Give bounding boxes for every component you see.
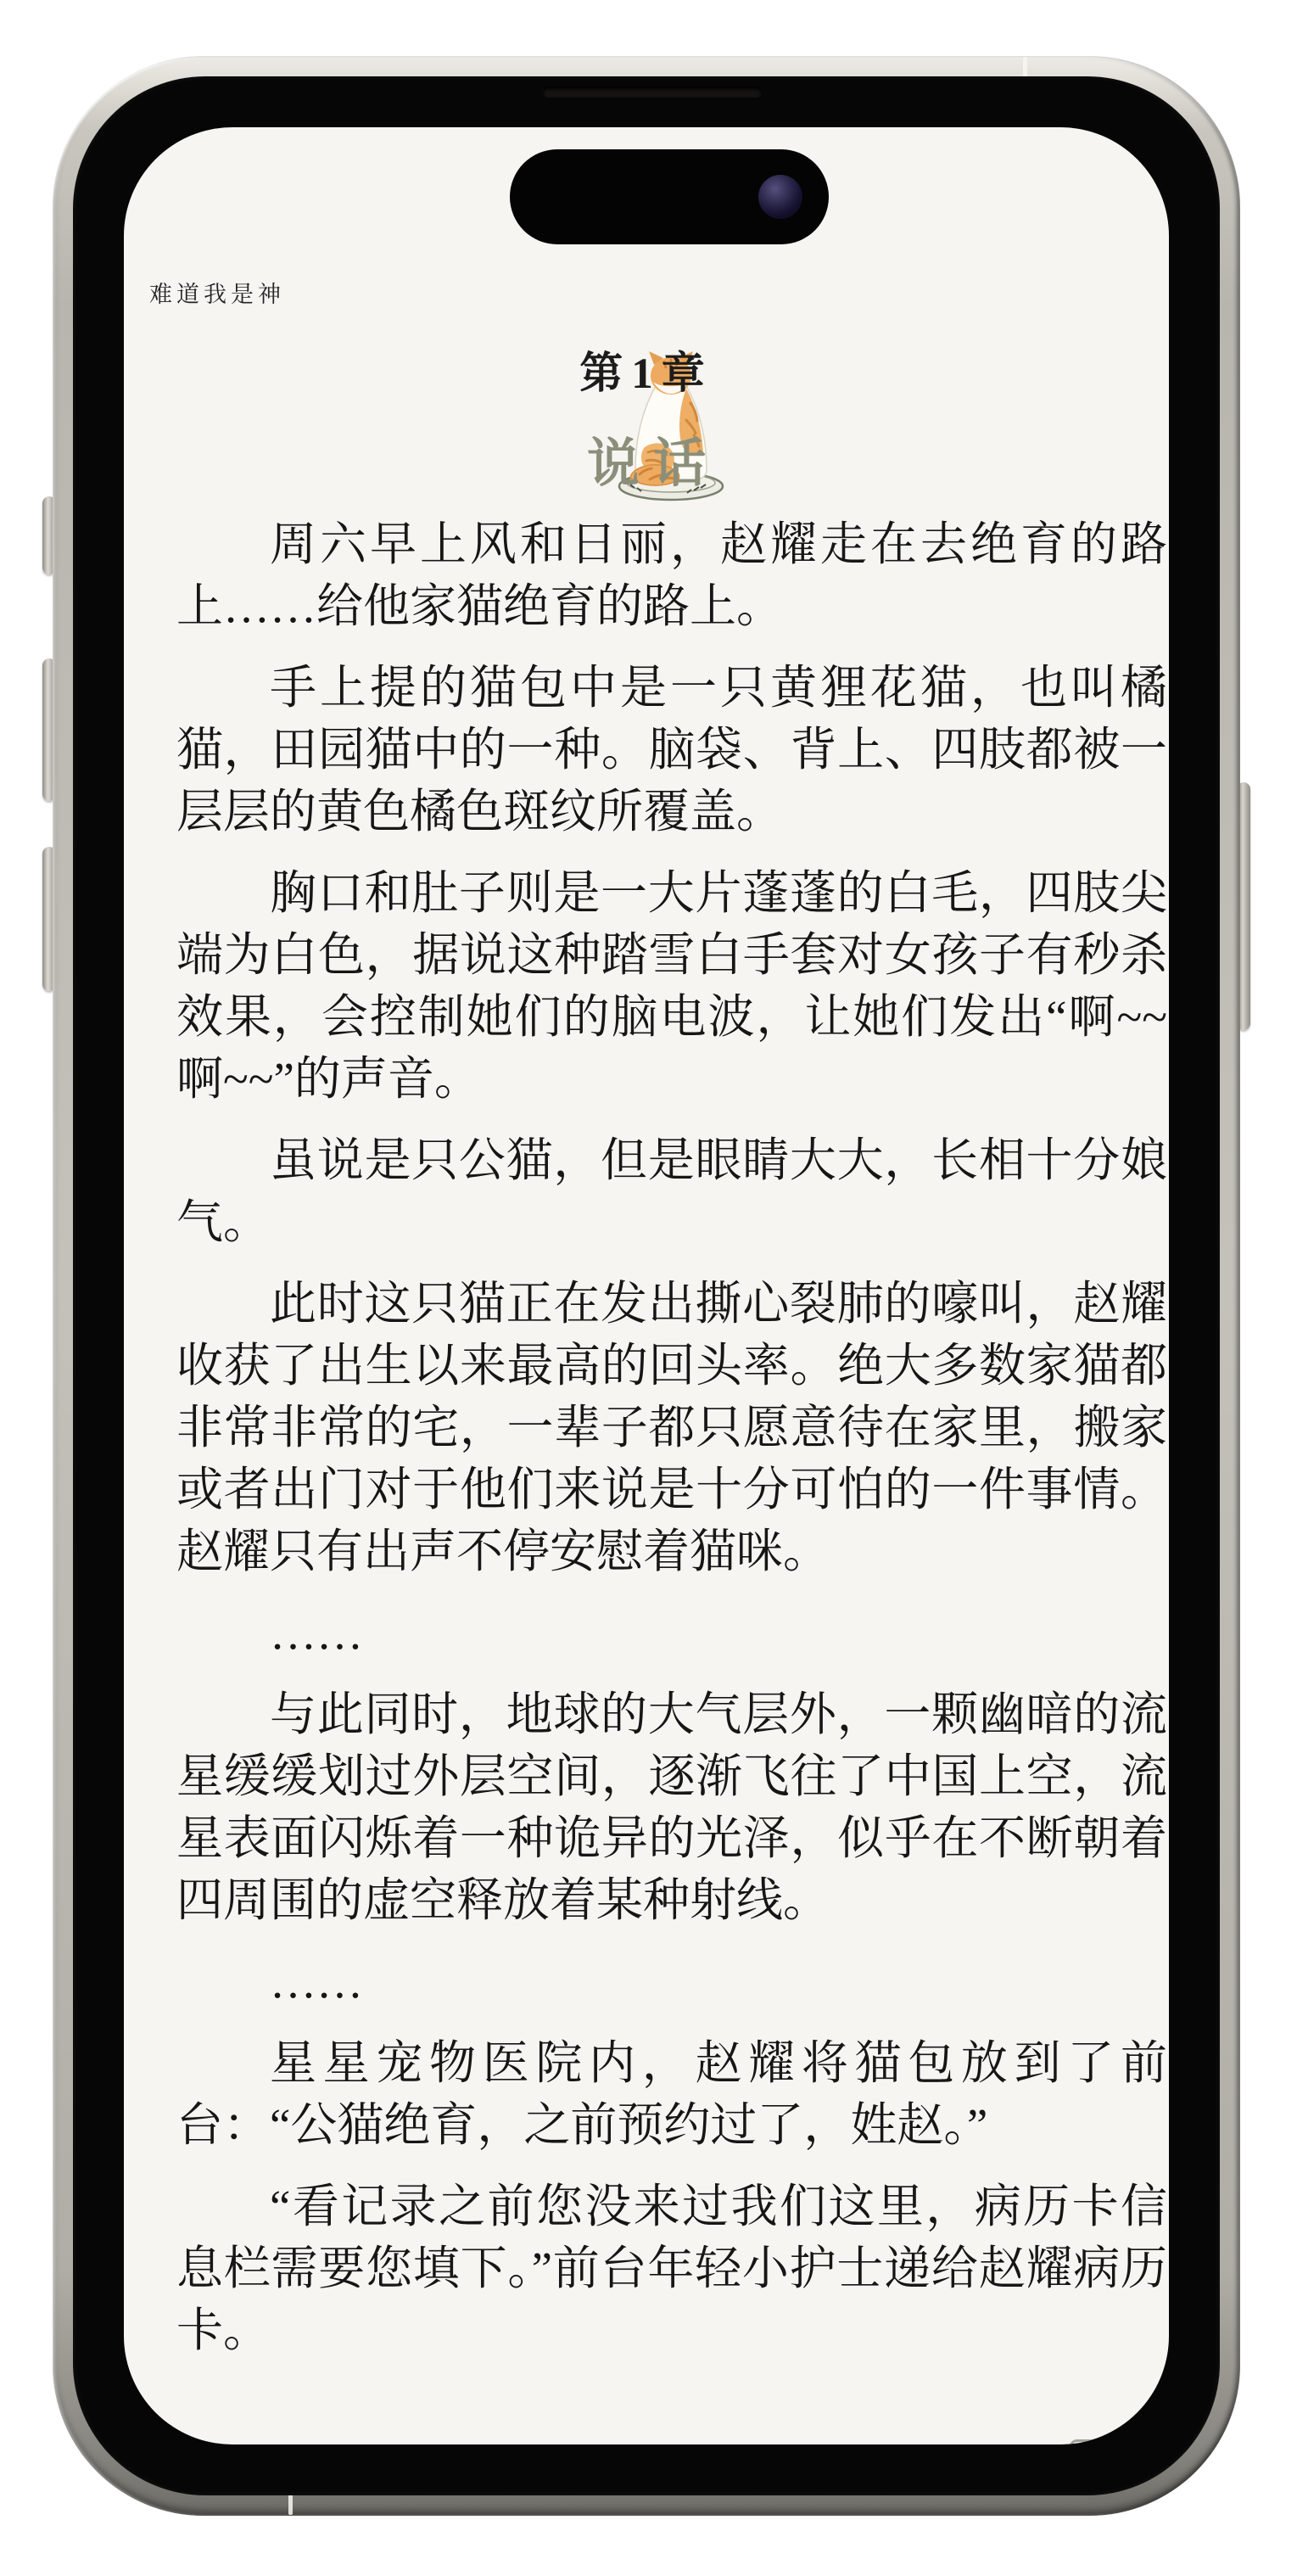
battery-percent: 55 — [1071, 2442, 1119, 2444]
paragraph: 手上提的猫包中是一只黄狸花猫，也叫橘猫，田园猫中的一种。脑袋、背上、四肢都被一层… — [176, 657, 1167, 843]
dynamic-island — [510, 149, 829, 244]
earpiece-speaker — [543, 87, 762, 98]
paragraph: 此时这只猫正在发出撕心裂肺的嚎叫，赵耀收获了出生以来最高的回头率。绝大多数家猫都… — [176, 1273, 1167, 1582]
antenna-line-bottom — [288, 2495, 293, 2515]
paragraph: 胸口和肚子则是一大片蓬蓬的白毛，四肢尖端为白色，据说这种踏雪白手套对女孩子有秒杀… — [176, 862, 1167, 1110]
page-background: 难道我是神 — [0, 0, 1297, 2576]
paragraph: 星星宠物医院内，赵耀将猫包放到了前台：“公猫绝育，之前预约过了，姓赵。” — [176, 2032, 1167, 2156]
battery-icon: 55 — [1069, 2439, 1121, 2444]
page-indicator: 1/5 — [209, 2440, 246, 2444]
reader-screen[interactable]: 难道我是神 — [124, 127, 1169, 2444]
book-title: 难道我是神 — [149, 276, 285, 309]
chapter-number: 第1章 — [124, 338, 1169, 400]
phone-frame: 难道我是神 — [53, 56, 1240, 2516]
screen-bezel: 难道我是神 — [73, 76, 1220, 2495]
front-camera-icon — [758, 175, 802, 219]
paragraph: 周六早上风和日丽，赵耀走在去绝育的路上……给他家猫绝育的路上。 — [176, 513, 1167, 637]
page-text: 周六早上风和日丽，赵耀走在去绝育的路上……给他家猫绝育的路上。 手上提的猫包中是… — [176, 513, 1167, 2381]
paragraph: 与此同时，地球的大气层外，一颗幽暗的流星缓缓划过外层空间，逐渐飞往了中国上空，流… — [176, 1683, 1167, 1931]
paragraph: 虽说是只公猫，但是眼睛大大，长相十分娘气。 — [176, 1129, 1167, 1253]
antenna-line-top — [1023, 57, 1027, 77]
chapter-name: 说话 — [124, 421, 1169, 496]
paragraph: …… — [176, 1602, 1167, 1664]
paragraph: “看记录之前您没来过我们这里，病历卡信息栏需要您填下。”前台年轻小护士递给赵耀病… — [176, 2176, 1167, 2361]
paragraph: …… — [176, 1951, 1167, 2013]
